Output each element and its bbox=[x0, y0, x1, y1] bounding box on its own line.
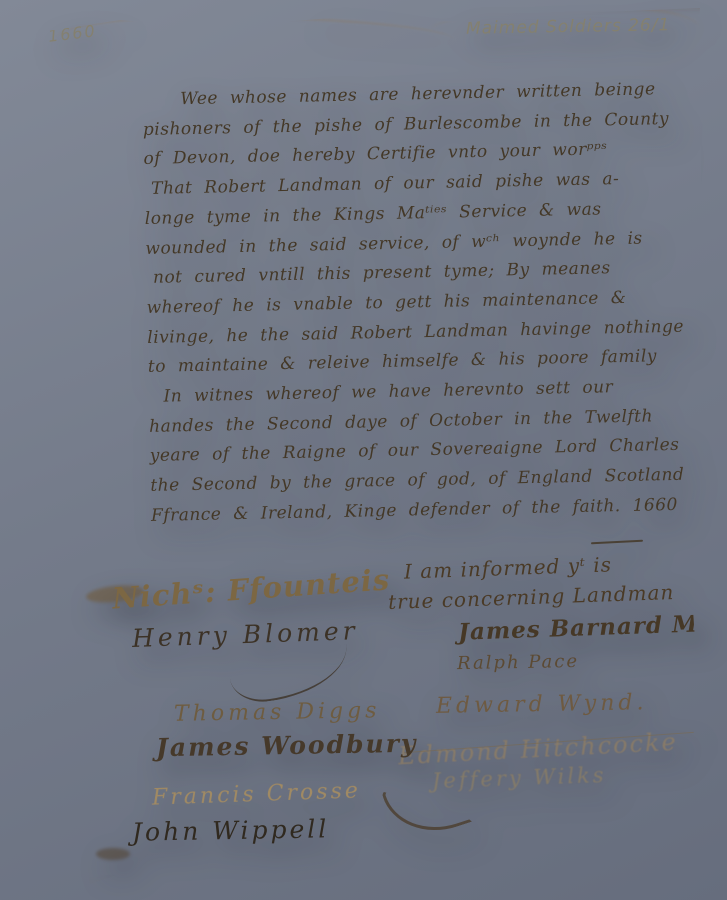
certificate-body-text: Wee whose names are herevnder written be… bbox=[142, 74, 711, 531]
signature-edward-wynd: Edward Wynd. bbox=[436, 690, 648, 719]
signature-nicholas-ffounteis: Nichˢ: Ffounteis bbox=[111, 562, 391, 615]
ink-flourish-paraph bbox=[381, 767, 472, 845]
archival-reference-annotation: Maimed Soldiers 26/1 bbox=[466, 15, 671, 39]
edge-stain bbox=[96, 848, 130, 860]
signature-francis-crosse: Francis Crosse bbox=[152, 778, 362, 810]
signature-ralph-pace: Ralph Pace bbox=[457, 651, 579, 674]
signature-james-barnard: James Barnard Min: bbox=[458, 609, 727, 646]
paper-shadow: 1660 Maimed Soldiers 26/1 Wee whose name… bbox=[0, 0, 727, 900]
endorsement-line: I am informed yᵗ is bbox=[404, 552, 613, 583]
signature-james-woodbury: James Woodbury bbox=[156, 729, 418, 763]
signature-john-wippell: John Wippell bbox=[132, 814, 330, 846]
ink-flourish bbox=[227, 644, 352, 706]
document-page: 1660 Maimed Soldiers 26/1 Wee whose name… bbox=[0, 0, 727, 900]
photo-backdrop: 1660 Maimed Soldiers 26/1 Wee whose name… bbox=[0, 0, 727, 900]
water-stain-tide-line bbox=[55, 13, 455, 52]
signature-thomas-diggs: Thomas Diggs bbox=[174, 698, 381, 727]
endorsement-line: true concerning Landman bbox=[388, 580, 675, 614]
year-underline bbox=[591, 540, 643, 545]
